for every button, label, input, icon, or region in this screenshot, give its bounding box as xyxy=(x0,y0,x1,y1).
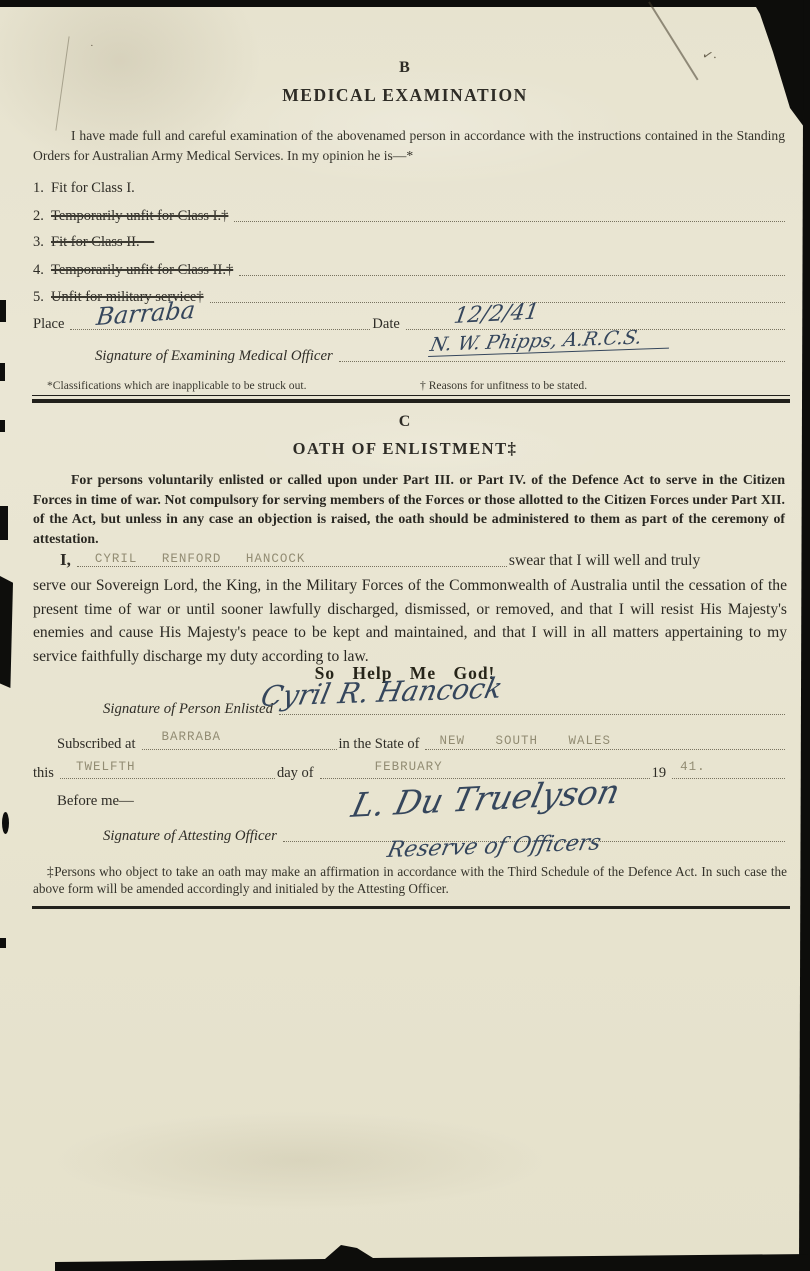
scan-edge-bottom xyxy=(55,1245,810,1271)
year-prefix: 19 xyxy=(652,765,667,782)
day-line: TWELFTH xyxy=(60,762,275,779)
edge-mark xyxy=(0,506,8,540)
classification-item-1: 1. Fit for Class I. xyxy=(33,180,787,197)
classification-item-2: 2. Temporarily unfit for Class I.† xyxy=(33,207,787,225)
scan-edge-top xyxy=(0,0,810,7)
date-of-oath-row: this TWELFTH day of FEBRUARY 19 41. xyxy=(33,762,787,782)
item-number: 2. xyxy=(33,208,51,225)
oath-prefix: I, xyxy=(60,550,71,570)
medical-examination-title: MEDICAL EXAMINATION xyxy=(0,85,810,106)
date-handwritten-value: 12/2/41 xyxy=(452,299,541,329)
item-text: Fit for Class I. xyxy=(51,180,135,197)
subscribed-row: Subscribed at BARRABA in the State of NE… xyxy=(57,733,787,753)
edge-mark xyxy=(2,812,9,834)
oath-name-row: I, CYRIL RENFORD HANCOCK swear that I wi… xyxy=(60,550,787,570)
state-label: in the State of xyxy=(339,736,420,753)
classification-item-4: 4. Temporarily unfit for Class II.† xyxy=(33,261,787,279)
day-of-label: day of xyxy=(277,765,314,782)
footnote-struck-out: *Classifications which are inapplicable … xyxy=(47,379,307,392)
item-number: 5. xyxy=(33,289,51,306)
footnote-unfitness: † Reasons for unfitness to be stated. xyxy=(420,379,587,392)
item-text-struck: Temporarily unfit for Class II.† xyxy=(51,262,233,279)
subscribed-place-typed: BARRABA xyxy=(162,730,222,744)
classification-item-3: 3. Fit for Class II.— xyxy=(33,234,787,251)
place-label: Place xyxy=(33,316,64,333)
dotted-line xyxy=(239,261,785,276)
paper-crease-left xyxy=(55,36,69,130)
oath-name-typed: CYRIL RENFORD HANCOCK xyxy=(95,552,306,566)
affirmation-footnote: ‡Persons who object to take an oath may … xyxy=(33,864,787,897)
item-number: 4. xyxy=(33,262,51,279)
item-text-struck: Fit for Class II.— xyxy=(51,234,154,251)
section-c-label: C xyxy=(0,413,810,431)
date-label: Date xyxy=(372,316,399,333)
oath-name-line: CYRIL RENFORD HANCOCK xyxy=(77,550,507,567)
oath-intro-paragraph: For persons voluntarily enlisted or call… xyxy=(33,470,785,548)
state-line: NEW SOUTH WALES xyxy=(425,733,785,750)
edge-mark xyxy=(0,938,6,948)
item-number: 1. xyxy=(33,180,51,197)
pencil-dot: · xyxy=(90,40,94,52)
dotted-line xyxy=(234,207,785,222)
oath-after-name: swear that I will well and truly xyxy=(509,552,700,570)
day-typed: TWELFTH xyxy=(76,760,136,774)
signature-attesting-label: Signature of Attesting Officer xyxy=(103,828,277,845)
state-typed: NEW SOUTH WALES xyxy=(439,734,611,748)
before-me-label: Before me— xyxy=(57,793,134,810)
subscribed-at-label: Subscribed at xyxy=(57,736,136,753)
item-text-struck: Temporarily unfit for Class I.† xyxy=(51,208,228,225)
section-divider-rule xyxy=(32,395,790,403)
item-number: 3. xyxy=(33,234,51,251)
edge-mark xyxy=(0,300,6,322)
month-typed: FEBRUARY xyxy=(375,760,443,774)
medical-intro-paragraph: I have made full and careful examination… xyxy=(33,126,785,166)
subscribed-place-line: BARRABA xyxy=(142,733,337,750)
scanned-document-page: ✓· · B MEDICAL EXAMINATION I have made f… xyxy=(0,0,810,1271)
edge-mark xyxy=(0,363,5,381)
oath-of-enlistment-title: OATH OF ENLISTMENT‡ xyxy=(0,439,810,459)
year-typed: 41. xyxy=(680,760,706,774)
signature-person-label: Signature of Person Enlisted xyxy=(103,701,273,718)
scan-edge-right xyxy=(799,0,810,1271)
bottom-rule xyxy=(32,906,790,909)
signature-medical-officer-label: Signature of Examining Medical Officer xyxy=(95,348,333,365)
oath-body-text: serve our Sovereign Lord, the King, in t… xyxy=(33,574,787,668)
this-label: this xyxy=(33,765,54,782)
year-line: 41. xyxy=(672,762,785,779)
section-b-label: B xyxy=(0,59,810,77)
